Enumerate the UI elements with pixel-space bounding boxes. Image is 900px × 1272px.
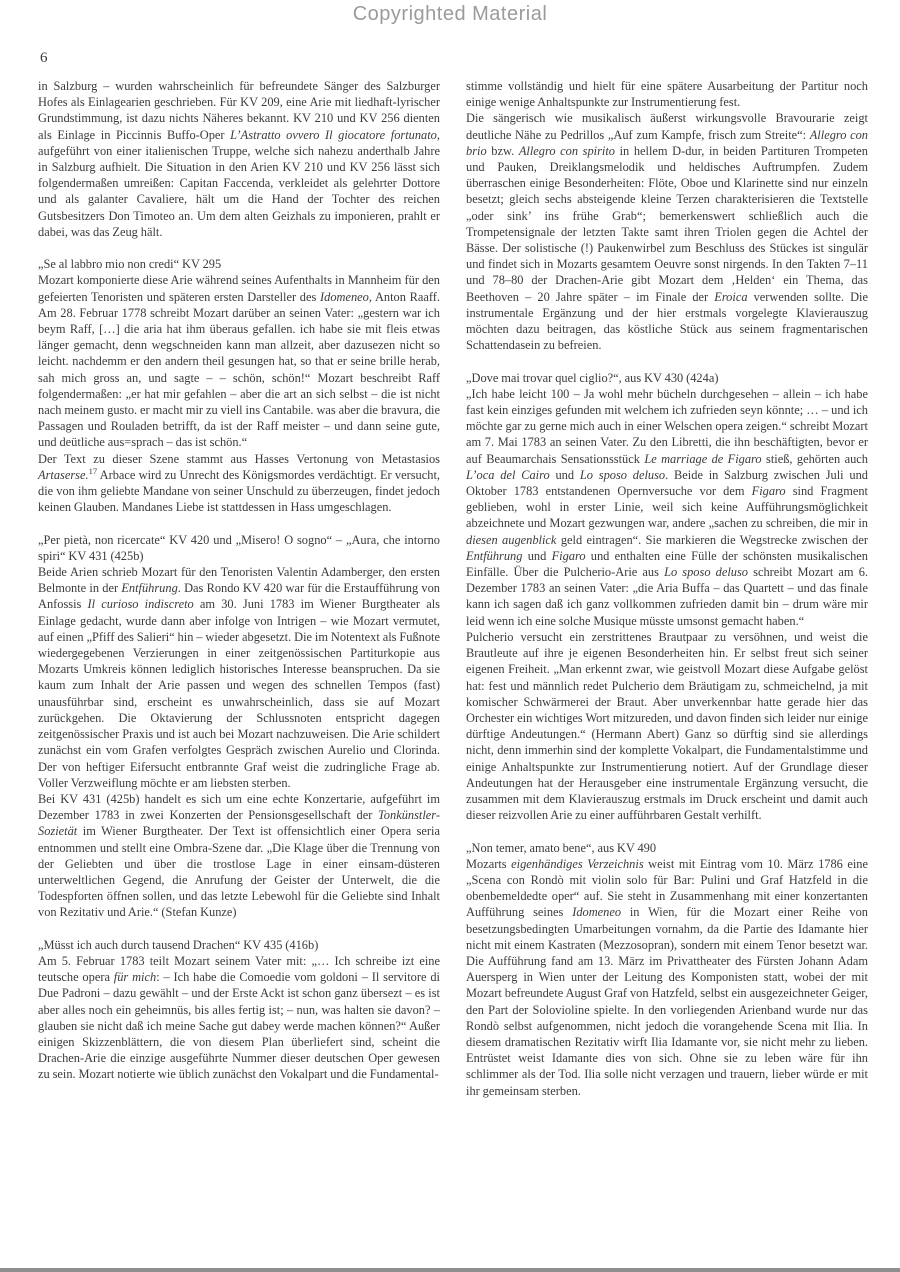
body-paragraph: Beide Arien schrieb Mozart für den Tenor… [38, 564, 440, 791]
text-column-right: stimme vollständig und hielt für eine sp… [466, 78, 868, 1099]
section-heading: „Dove mai trovar quel ciglio?“, aus KV 4… [466, 370, 868, 386]
section-heading: „Per pietà, non ricercate“ KV 420 und „M… [38, 532, 440, 564]
section-heading: „Müsst ich auch durch tausend Drachen“ K… [38, 937, 440, 953]
body-paragraph: „Ich habe leicht 100 – Ja wohl mehr büch… [466, 386, 868, 629]
body-paragraph: Die sängerisch wie musikalisch äußerst w… [466, 110, 868, 353]
two-column-text-area: in Salzburg – wurden wahrscheinlich für … [38, 78, 868, 1099]
body-paragraph: Mozarts eigenhändiges Verzeichnis weist … [466, 856, 868, 1099]
body-paragraph: Mozart komponierte diese Arie während se… [38, 272, 440, 450]
text-column-left: in Salzburg – wurden wahrscheinlich für … [38, 78, 440, 1099]
body-paragraph: Bei KV 431 (425b) handelt es sich um ein… [38, 791, 440, 921]
book-page-scan: Copyrighted Material 6 in Salzburg – wur… [0, 0, 900, 1272]
section-heading: „Se al labbro mio non credi“ KV 295 [38, 256, 440, 272]
body-paragraph: stimme vollständig und hielt für eine sp… [466, 78, 868, 110]
body-paragraph: Pulcherio versucht ein zerstrittenes Bra… [466, 629, 868, 823]
body-paragraph: Am 5. Februar 1783 teilt Mozart seinem V… [38, 953, 440, 1083]
body-paragraph: Der Text zu dieser Szene stammt aus Hass… [38, 451, 440, 516]
body-paragraph: in Salzburg – wurden wahrscheinlich für … [38, 78, 440, 240]
page-number: 6 [40, 50, 48, 67]
copyright-notice: Copyrighted Material [0, 3, 900, 26]
section-heading: „Non temer, amato bene“, aus KV 490 [466, 840, 868, 856]
